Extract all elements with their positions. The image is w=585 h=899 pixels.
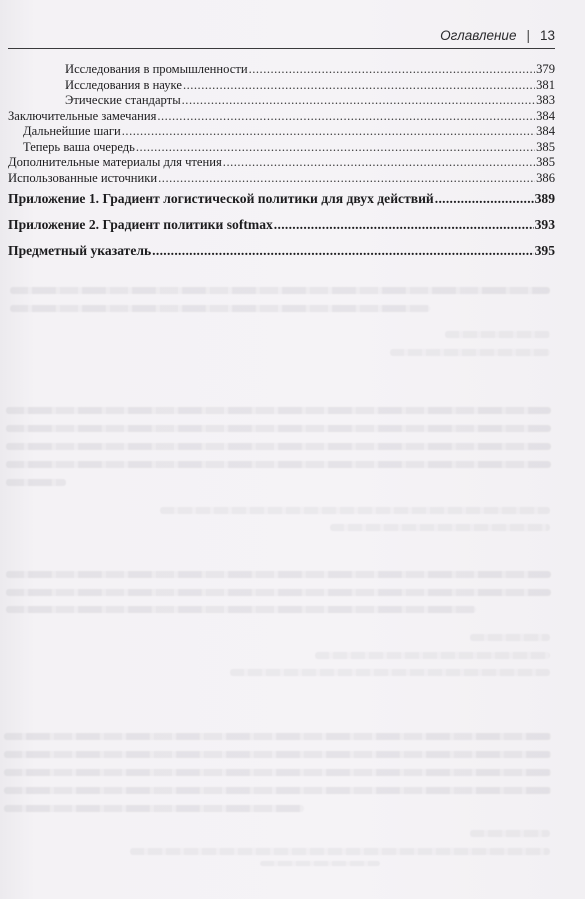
toc-entry[interactable]: Дальнейшие шаги 384 <box>8 124 555 140</box>
header-separator: | <box>526 28 530 43</box>
toc-entry-page: 384 <box>536 109 555 125</box>
dot-leader <box>249 62 536 78</box>
toc-entry-title: Этические стандарты <box>65 93 181 109</box>
toc-entry[interactable]: Заключительные замечания 384 <box>8 109 555 125</box>
dot-leader <box>435 186 534 212</box>
toc-entry[interactable]: Исследования в науке 381 <box>8 78 555 94</box>
toc-entry-page: 381 <box>536 78 555 94</box>
toc-entry[interactable]: Дополнительные материалы для чтения 385 <box>8 155 555 171</box>
table-of-contents: Исследования в промышленности 379 Исслед… <box>8 62 555 264</box>
header-rule <box>8 48 555 49</box>
toc-entry-title: Теперь ваша очередь <box>23 140 135 156</box>
toc-entry-title: Исследования в промышленности <box>65 62 248 78</box>
toc-entry-page: 379 <box>536 62 555 78</box>
dot-leader <box>122 124 535 140</box>
dot-leader <box>274 212 534 238</box>
toc-entry-page: 386 <box>536 171 555 187</box>
running-header: Оглавление | 13 <box>440 28 555 43</box>
toc-entry-page: 393 <box>535 212 555 238</box>
toc-subject-index[interactable]: Предметный указатель 395 <box>8 238 555 264</box>
dot-leader <box>152 238 533 264</box>
dot-leader <box>158 171 535 187</box>
toc-entry[interactable]: Исследования в промышленности 379 <box>8 62 555 78</box>
toc-appendix-2[interactable]: Приложение 2. Градиент политики softmax … <box>8 212 555 238</box>
toc-entry-title: Приложение 2. Градиент политики softmax <box>8 212 273 238</box>
toc-entry-page: 383 <box>536 93 555 109</box>
toc-entry[interactable]: Этические стандарты 383 <box>8 93 555 109</box>
book-page: Оглавление | 13 Исследования в промышлен… <box>0 0 585 899</box>
toc-entry-title: Приложение 1. Градиент логистической пол… <box>8 186 434 212</box>
toc-entry-title: Исследования в науке <box>65 78 182 94</box>
toc-entry-title: Дополнительные материалы для чтения <box>8 155 222 171</box>
header-page-number: 13 <box>540 28 555 43</box>
dot-leader <box>183 78 535 94</box>
toc-entry-title: Дальнейшие шаги <box>23 124 121 140</box>
toc-entry-page: 384 <box>536 124 555 140</box>
toc-entry-page: 395 <box>535 238 555 264</box>
dot-leader <box>182 93 535 109</box>
header-section-title: Оглавление <box>440 28 516 43</box>
toc-entry-page: 385 <box>536 155 555 171</box>
dot-leader <box>136 140 535 156</box>
toc-appendix-1[interactable]: Приложение 1. Градиент логистической пол… <box>8 186 555 212</box>
toc-entry-page: 385 <box>536 140 555 156</box>
toc-entry-title: Заключительные замечания <box>8 109 156 125</box>
toc-entry-title: Использованные источники <box>8 171 157 187</box>
toc-entry[interactable]: Теперь ваша очередь 385 <box>8 140 555 156</box>
dot-leader <box>223 155 535 171</box>
dot-leader <box>157 109 535 125</box>
toc-entry-page: 389 <box>535 186 555 212</box>
toc-entry[interactable]: Использованные источники 386 <box>8 171 555 187</box>
toc-entry-title: Предметный указатель <box>8 238 151 264</box>
